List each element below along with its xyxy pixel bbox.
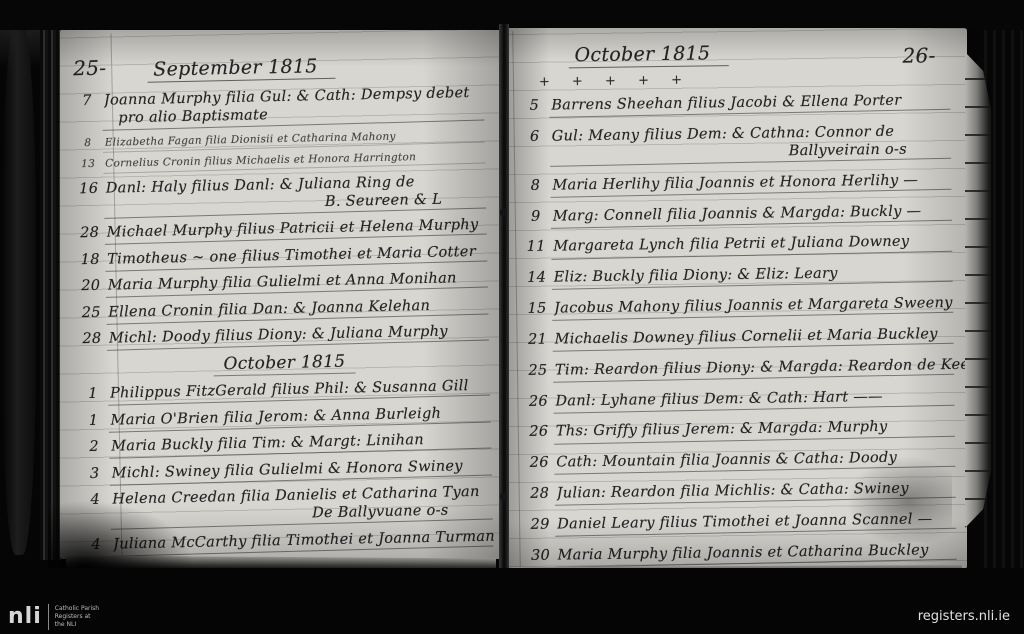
entry-text: Margareta Lynch filia Petrii et Juliana … xyxy=(553,232,956,256)
entry-text: Elizabetha Fagan filia Dionisii et Catha… xyxy=(105,128,489,149)
register-entry: 26Danl: Lyhane filius Dem: & Cath: Hart … xyxy=(521,387,958,411)
register-scan-photo: 25- September 1815 7Joanna Murphy filia … xyxy=(0,0,1024,634)
entry-day-number: 26 xyxy=(521,392,555,411)
register-entry: 9Marg: Connell filia Joannis & Margda: B… xyxy=(519,202,956,226)
entry-day-number: 3 xyxy=(78,464,112,483)
book-fore-edge xyxy=(965,52,991,528)
register-entry: 15Jacobus Mahony filius Joannis et Marga… xyxy=(520,294,957,318)
entry-day-number: 13 xyxy=(71,158,105,172)
register-entry: 3Michl: Swiney filia Gulielmi & Honora S… xyxy=(78,456,496,483)
entry-day-number: 18 xyxy=(73,250,107,269)
register-entry: 1Maria O'Brien filia Jerom: & Anna Burle… xyxy=(76,403,494,430)
left-page-stack-edge xyxy=(40,26,62,560)
cross-marks: + + + + + xyxy=(539,73,691,90)
entry-text: Timotheus ~ one filius Timothei et Maria… xyxy=(107,242,491,268)
register-entry: 8Maria Herlihy filia Joannis et Honora H… xyxy=(518,171,955,195)
register-entry: 25Ellena Cronin filia Dan: & Joanna Kele… xyxy=(74,295,492,322)
entry-text: Eliz: Buckly filia Diony: & Eliz: Leary xyxy=(554,263,957,287)
entry-day-number: 15 xyxy=(520,300,554,319)
entry-day-number: 26 xyxy=(522,423,556,442)
entry-text: Tim: Reardon filius Diony: & Margda: Rea… xyxy=(555,355,967,379)
register-page-left: 25- September 1815 7Joanna Murphy filia … xyxy=(60,30,502,559)
entry-text: Ellena Cronin filia Dan: & Joanna Keleha… xyxy=(108,295,492,321)
entry-text: Danl: Lyhane filius Dem: & Cath: Hart —— xyxy=(555,387,958,411)
stitch-mark xyxy=(500,208,507,217)
register-entry: 26Ths: Griffy filius Jerem: & Margda: Mu… xyxy=(522,417,959,441)
page-number: 25- xyxy=(73,56,107,81)
entry-day-number: 2 xyxy=(77,438,111,457)
entry-day-number: 11 xyxy=(519,238,553,257)
entry-text: Maria Murphy filia Joannis et Catharina … xyxy=(557,541,960,565)
nli-logo-caption: Catholic Parish Registers at the NLI xyxy=(55,605,99,628)
register-entry: 21Michaelis Downey filius Cornelii et Ma… xyxy=(520,325,957,349)
register-entry: 7Joanna Murphy filia Gul: & Cath: Dempsy… xyxy=(70,84,489,129)
fore-edge-page-lines xyxy=(965,52,991,528)
photo-top-shadow xyxy=(0,0,1024,30)
entry-day-number: 28 xyxy=(523,485,557,504)
entry-day-number: 20 xyxy=(74,277,108,296)
entry-day-number: 9 xyxy=(519,207,553,226)
entry-text: Maria O'Brien filia Jerom: & Anna Burlei… xyxy=(110,403,494,429)
register-entry: 1Philippus FitzGerald filius Phil: & Sus… xyxy=(76,377,494,404)
entry-text: Michael Murphy filius Patricii et Helena… xyxy=(106,216,490,242)
entry-text: Gul: Meany filius Dem: & Cathna: Connor … xyxy=(552,122,955,164)
logo-divider xyxy=(48,604,49,630)
book-cover-edge xyxy=(2,25,36,555)
entry-text: Danl: Haly filius Danl: & Juliana Ring d… xyxy=(106,171,491,215)
entry-day-number: 28 xyxy=(75,330,109,349)
register-entry: 16Danl: Haly filius Danl: & Juliana Ring… xyxy=(72,171,491,216)
entry-text: Michl: Doody filius Diony: & Juliana Mur… xyxy=(109,322,493,348)
entry-day-number: 28 xyxy=(72,224,106,243)
register-entry: 18Timotheus ~ one filius Timothei et Mar… xyxy=(73,242,491,269)
entry-day-number: 8 xyxy=(71,136,105,150)
nli-logo-glyph: nli xyxy=(8,606,42,628)
entry-text: Maria Murphy filia Gulielmi et Anna Moni… xyxy=(108,269,492,295)
register-entry: 28Michael Murphy filius Patricii et Hele… xyxy=(72,216,490,243)
entry-text: Maria Herlihy filia Joannis et Honora He… xyxy=(552,171,955,195)
entry-text: Cornelius Cronin filius Michaelis et Hon… xyxy=(105,150,489,171)
register-entry: 13Cornelius Cronin filius Michaelis et H… xyxy=(71,150,489,172)
subheader-october: October 1815 xyxy=(75,348,493,377)
register-entry: 11Margareta Lynch filia Petrii et Julian… xyxy=(519,232,956,256)
page-number: 26- xyxy=(902,43,935,67)
entry-day-number: 14 xyxy=(520,269,554,288)
entry-text: Marg: Connell filia Joannis & Margda: Bu… xyxy=(553,202,956,226)
entry-text: Michl: Swiney filia Gulielmi & Honora Sw… xyxy=(112,456,496,482)
entry-day-number: 1 xyxy=(76,411,110,430)
corner-shadow-blob xyxy=(48,498,198,578)
register-entry: 2Maria Buckly filia Tim: & Margt: Liniha… xyxy=(77,430,495,457)
entry-day-number: 1 xyxy=(76,385,110,404)
entry-list-left: 7Joanna Murphy filia Gul: & Cath: Dempsy… xyxy=(70,84,498,555)
entry-day-number: 6 xyxy=(518,127,552,146)
entry-day-number: 16 xyxy=(72,179,106,198)
site-watermark: registers.nli.ie xyxy=(918,609,1010,624)
entry-day-number: 25 xyxy=(74,303,108,322)
entry-day-number: 26 xyxy=(522,454,556,473)
register-entry: 6Gul: Meany filius Dem: & Cathna: Connor… xyxy=(518,122,955,164)
register-entry: 28Michl: Doody filius Diony: & Juliana M… xyxy=(75,322,493,349)
register-entry: 20Maria Murphy filia Gulielmi et Anna Mo… xyxy=(74,269,492,296)
entry-text: Joanna Murphy filia Gul: & Cath: Dempsy … xyxy=(104,84,489,128)
register-entry: 8Elizabetha Fagan filia Dionisii et Cath… xyxy=(71,128,489,150)
register-entry: 25Tim: Reardon filius Diony: & Margda: R… xyxy=(521,356,958,380)
entry-text: Ths: Griffy filius Jerem: & Margda: Murp… xyxy=(556,417,959,441)
photo-bottom-shadow xyxy=(0,568,1024,634)
entry-day-number: 5 xyxy=(517,97,551,116)
entry-day-number: 29 xyxy=(523,515,557,534)
entry-text: Michaelis Downey filius Cornelii et Mari… xyxy=(554,325,957,349)
stitch-mark xyxy=(500,492,507,501)
entry-day-number: 21 xyxy=(520,330,554,349)
entry-text: Jacobus Mahony filius Joannis et Margare… xyxy=(554,294,957,318)
entry-day-number: 7 xyxy=(70,92,104,111)
entry-text: Maria Buckly filia Tim: & Margt: Linihan xyxy=(111,430,495,456)
register-entry: 14Eliz: Buckly filia Diony: & Eliz: Lear… xyxy=(520,263,957,287)
entry-day-number: 30 xyxy=(523,546,557,565)
entry-day-number: 25 xyxy=(521,361,555,380)
book-gutter xyxy=(499,24,509,570)
ink-smudge xyxy=(842,452,952,542)
nli-logo: nli Catholic Parish Registers at the NLI xyxy=(8,604,99,630)
entry-text: Philippus FitzGerald filius Phil: & Susa… xyxy=(110,377,494,403)
entry-day-number: 8 xyxy=(518,176,552,195)
